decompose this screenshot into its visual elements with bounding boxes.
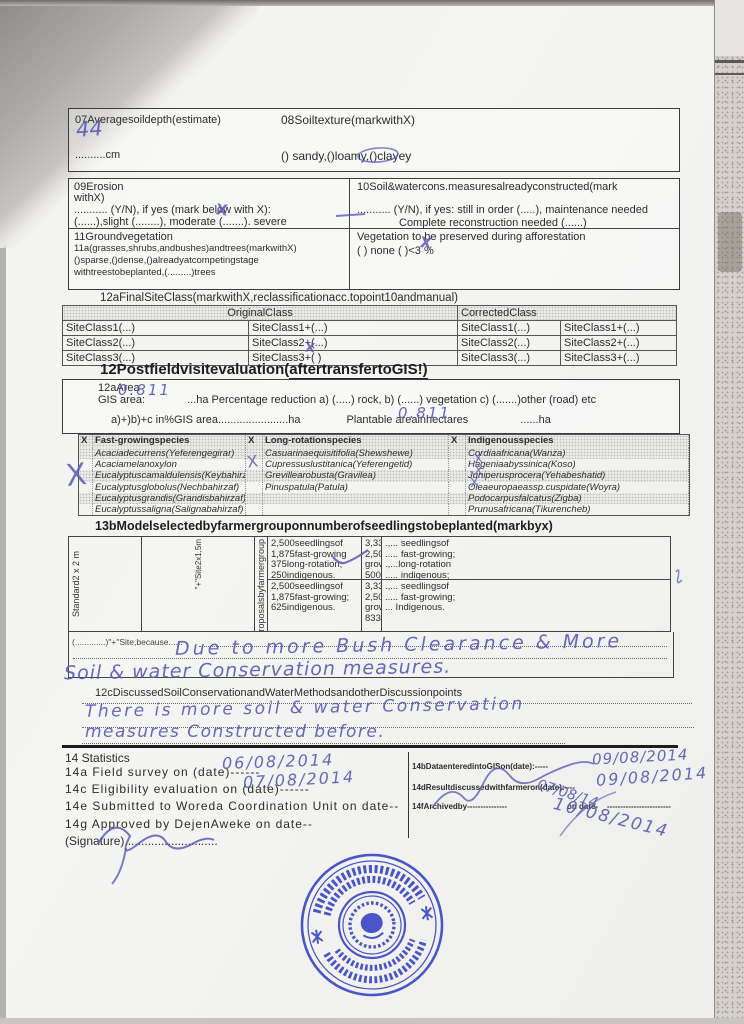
hw-x-species-eucalyptus: X	[64, 457, 88, 494]
siteclass-cell: SiteClass1+(...)	[249, 321, 458, 336]
species-x-cell	[79, 493, 93, 504]
species-header-x1: X	[79, 435, 93, 448]
siteclass-cell: SiteClass1(...)	[63, 321, 249, 336]
species-header-x2: X	[246, 435, 263, 448]
species-x-cell	[246, 504, 263, 515]
model-line: 625indigenous.	[271, 603, 358, 614]
species-cell: Casuarinaequisitifolia(Shewshewe)	[263, 448, 449, 459]
model-line: .,... seedlingsof	[385, 582, 667, 593]
species-cell: Oleaeuropaeassp.cuspidate(Woyra)	[466, 482, 689, 493]
field-11-sub: 11a(grasses,shrubs,andbushes)andtrees(ma…	[74, 244, 297, 255]
scan-noise-blob	[718, 212, 742, 272]
section-divider	[62, 745, 678, 748]
field-10-yn-line: ........... (Y/N), if yes: still in orde…	[357, 204, 648, 216]
stat-14e-label: 14e Submitted to Woreda Coordination Uni…	[65, 799, 399, 813]
siteclass-cell: SiteClass2(...)	[458, 336, 561, 351]
model-line: 833indigenous.	[365, 614, 378, 625]
box-divider-vertical	[349, 179, 350, 289]
field-11-title: 11Groundvegetation	[74, 231, 173, 243]
species-cell: Eucalyptuscamaldulensis(Keybahirzaf)	[93, 470, 246, 481]
model-line: 375long-rotation;	[271, 560, 358, 571]
species-x-cell	[449, 459, 466, 470]
model-other-label: Otherproposalsbyfarmergroup	[256, 539, 266, 632]
model-table: Standard2 x 2 m 2,500seedlingsof 1,875fa…	[68, 536, 671, 632]
model-line: 500long-rotation	[365, 571, 378, 581]
species-cell: Hageniaabyssinica(Koso)	[466, 459, 689, 470]
area-line1-rest: ...ha Percentage reduction a) (.....) ro…	[187, 394, 596, 406]
model-standard-label-cell: Standard2 x 2 m	[69, 537, 142, 632]
model-line: 3,333seedlingsof	[365, 539, 378, 550]
species-cell: Grevillearobusta(Gravilea)	[263, 470, 449, 481]
scan-right-edge-top	[715, 0, 744, 56]
signature-label: (Signature)............................	[65, 834, 218, 848]
scan-right-edge	[714, 0, 744, 1024]
hw-x-vegetation-none: X	[419, 233, 434, 253]
model-standard-label: Standard2 x 2 m	[71, 551, 81, 617]
siteclass-cell: SiteClass3+(...)	[561, 351, 677, 366]
field-veg-preserved-title: Vegetation to be preserved during affore…	[357, 231, 586, 243]
model-other-label-cell: Otherproposalsbyfarmergroup	[255, 537, 268, 632]
species-x-cell	[246, 482, 263, 493]
heading12-part1: 12Postfieldvisitevaluation(	[100, 361, 289, 378]
area-line1: GIS area:...ha Percentage reduction a) (…	[98, 394, 596, 406]
model-line: ..... indigenous;	[385, 571, 667, 581]
species-header-long: Long-rotationspecies	[263, 435, 449, 448]
area-line2: a)+)b)+c in%GIS area....................…	[111, 414, 551, 426]
hw-x-siteclass3: X	[304, 341, 316, 357]
model-line: 3,333seedlingsof	[365, 582, 378, 593]
field-07-unit-line: ..........cm	[75, 149, 120, 161]
hw-x-species-olea: X	[469, 476, 479, 492]
species-cell: Acaciadecurrens(Yeferengegirar)	[93, 448, 246, 459]
species-cell: Cupressuslustitanica(Yeferengetid)	[263, 459, 449, 470]
siteclass-cell: SiteClass1(...)	[458, 321, 561, 336]
species-x-cell	[449, 504, 466, 515]
siteclass-cell: SiteClass1+(...)	[561, 321, 677, 336]
stat-14f-label: 14fArchivedby---------------	[412, 802, 507, 811]
siteclass-header-corrected: CorrectedClass	[458, 306, 677, 321]
model-site-label: "+"Site2x1,5m	[194, 539, 203, 589]
area-line2-end: ......ha	[520, 414, 551, 426]
soil-depth-texture-box: 07Averagesoildepth(estimate) ..........c…	[68, 108, 680, 172]
siteclass-header-original: OriginalClass	[63, 306, 458, 321]
stat-14b-label: 14bDataenteredintoGISon(date):-----	[412, 762, 548, 771]
hw-gis-area-value: 0.811	[118, 381, 171, 399]
species-cell: Pinuspatula(Patula)	[263, 482, 449, 493]
area-sum-label: a)+)b)+c in%GIS area....................…	[111, 414, 301, 426]
model-heading: 13bModelselectedbyfarmergrouponnumberofs…	[95, 519, 553, 533]
siteclass-cell: SiteClass3(...)	[458, 351, 561, 366]
siteclass-cell: SiteClass2+(...)	[561, 336, 677, 351]
species-x-cell	[449, 482, 466, 493]
scan-bottom-edge	[0, 1018, 744, 1024]
field-09-severity-line: (......),slight (........), moderate (..…	[74, 216, 287, 228]
field-08-options: () sandy,()loamy,()clayey	[281, 149, 411, 163]
model-line: 2,500seedlingsof	[271, 582, 358, 593]
hw-discussion-line2: measures Constructed before.	[85, 722, 385, 742]
species-x-cell	[449, 448, 466, 459]
species-x-cell	[79, 504, 93, 515]
hw-plantable-area-value: 0.811	[398, 404, 451, 422]
stat-14g-label: 14g Approved by DejenAweke on date--	[65, 817, 313, 831]
because-label: (.............)"+"Site,because......	[72, 637, 183, 647]
box-divider-horizontal	[69, 228, 679, 229]
model-line: .,... seedlingsof	[385, 539, 667, 550]
species-x-cell	[449, 493, 466, 504]
statistics-title: 14 Statistics	[65, 751, 130, 765]
hw-soil-depth-value: 44	[75, 116, 103, 142]
post-field-visit-heading: 12Postfieldvisitevaluation(aftertransfer…	[100, 361, 428, 378]
field-10-title: 10Soil&watercons.measuresalreadyconstruc…	[357, 181, 617, 193]
hw-x-erosion-moderate: X	[215, 200, 229, 219]
model-other1-cell: .,... seedlingsof ..... fast-growing; .,…	[382, 537, 671, 580]
model-line: .,...long-rotation	[385, 560, 667, 571]
erosion-vegetation-box: 09Erosion withX) ........... (Y/N), if y…	[68, 178, 680, 290]
model-site2-cell: 3,333seedlingsof 2,500fast-growing: 833i…	[362, 580, 382, 632]
species-cell: Cordiaafricana(Wanza)	[466, 448, 689, 459]
siteclass-table: OriginalClass CorrectedClass SiteClass1(…	[62, 305, 677, 366]
field-09-title2: withX)	[74, 192, 105, 204]
field-11-options: ()sparse,()dense,()alreadyatcompetingsta…	[74, 256, 259, 267]
species-x-cell	[449, 470, 466, 481]
model-std1-cell: 2,500seedlingsof 1,875fast-growing 375lo…	[268, 537, 362, 580]
model-site1-cell: 3,333seedlingsof 2,500fast-growing; 500l…	[362, 537, 382, 580]
model-line: ... Indigenous.	[385, 603, 667, 614]
model-std2-cell: 2,500seedlingsof 1,875fast-growing; 625i…	[268, 580, 362, 632]
model-line: 2,500fast-growing;	[365, 550, 378, 571]
statistics-divider	[408, 752, 409, 838]
model-line: 250indigenous.	[271, 571, 358, 581]
field-08-label: 08Soiltexture(markwithX)	[281, 114, 415, 126]
heading12-underlined: aftertransfertoGIS!)	[289, 361, 427, 379]
model-line: 2,500seedlingsof	[271, 539, 358, 550]
species-cell: Podocarpusfalcatus(Zigba)	[466, 493, 689, 504]
species-cell: Eucalyptusgrandis(Grandisbahirzaf)	[93, 493, 246, 504]
siteclass-caption: 12aFinalSiteClass(markwithX,reclassifica…	[100, 292, 458, 304]
model-line: 2,500fast-growing:	[365, 593, 378, 614]
species-cell	[263, 493, 449, 504]
species-table: X Fast-growingspecies X Long-rotationspe…	[78, 434, 690, 516]
siteclass-cell: SiteClass2(...)	[63, 336, 249, 351]
species-cell: Eucalyptusglobolus(Nechbahirzaf)	[93, 482, 246, 493]
scan-top-edge	[0, 0, 744, 6]
species-cell	[263, 504, 449, 515]
species-cell: Prunusafricana(Tikurencheb)	[466, 504, 689, 515]
species-x-cell	[246, 470, 263, 481]
field-10-reconstruction-line: Complete reconstruction needed (......)	[399, 217, 587, 229]
species-cell: Acaciamelanoxylon	[93, 459, 246, 470]
species-x-cell	[246, 493, 263, 504]
siteclass-cell: SiteClass2+(...)	[249, 336, 458, 351]
discussion-dotted-line	[82, 743, 565, 744]
model-site-label-cell: "+"Site2x1,5m	[142, 537, 255, 632]
model-other2-cell: .,... seedlingsof ..... fast-growing; ..…	[382, 580, 671, 632]
field-09-yn-line: ........... (Y/N), if yes (mark below wi…	[74, 204, 271, 216]
page-edge-line	[715, 60, 744, 63]
species-header-fast: Fast-growingspecies	[93, 435, 246, 448]
scanned-form-page: 07Averagesoildepth(estimate) ..........c…	[0, 0, 744, 1024]
species-cell: Eucalyptussaligna(Salignabahirzaf)	[93, 504, 246, 515]
species-header-x3: X	[449, 435, 466, 448]
species-cell: Juniperusprocera(Yehabeshatid)	[466, 470, 689, 481]
species-header-indig: Indigenousspecies	[466, 435, 689, 448]
page-edge-line	[715, 73, 744, 75]
field-11-trees-line: withtreestobeplanted,(.........)trees	[74, 268, 216, 279]
